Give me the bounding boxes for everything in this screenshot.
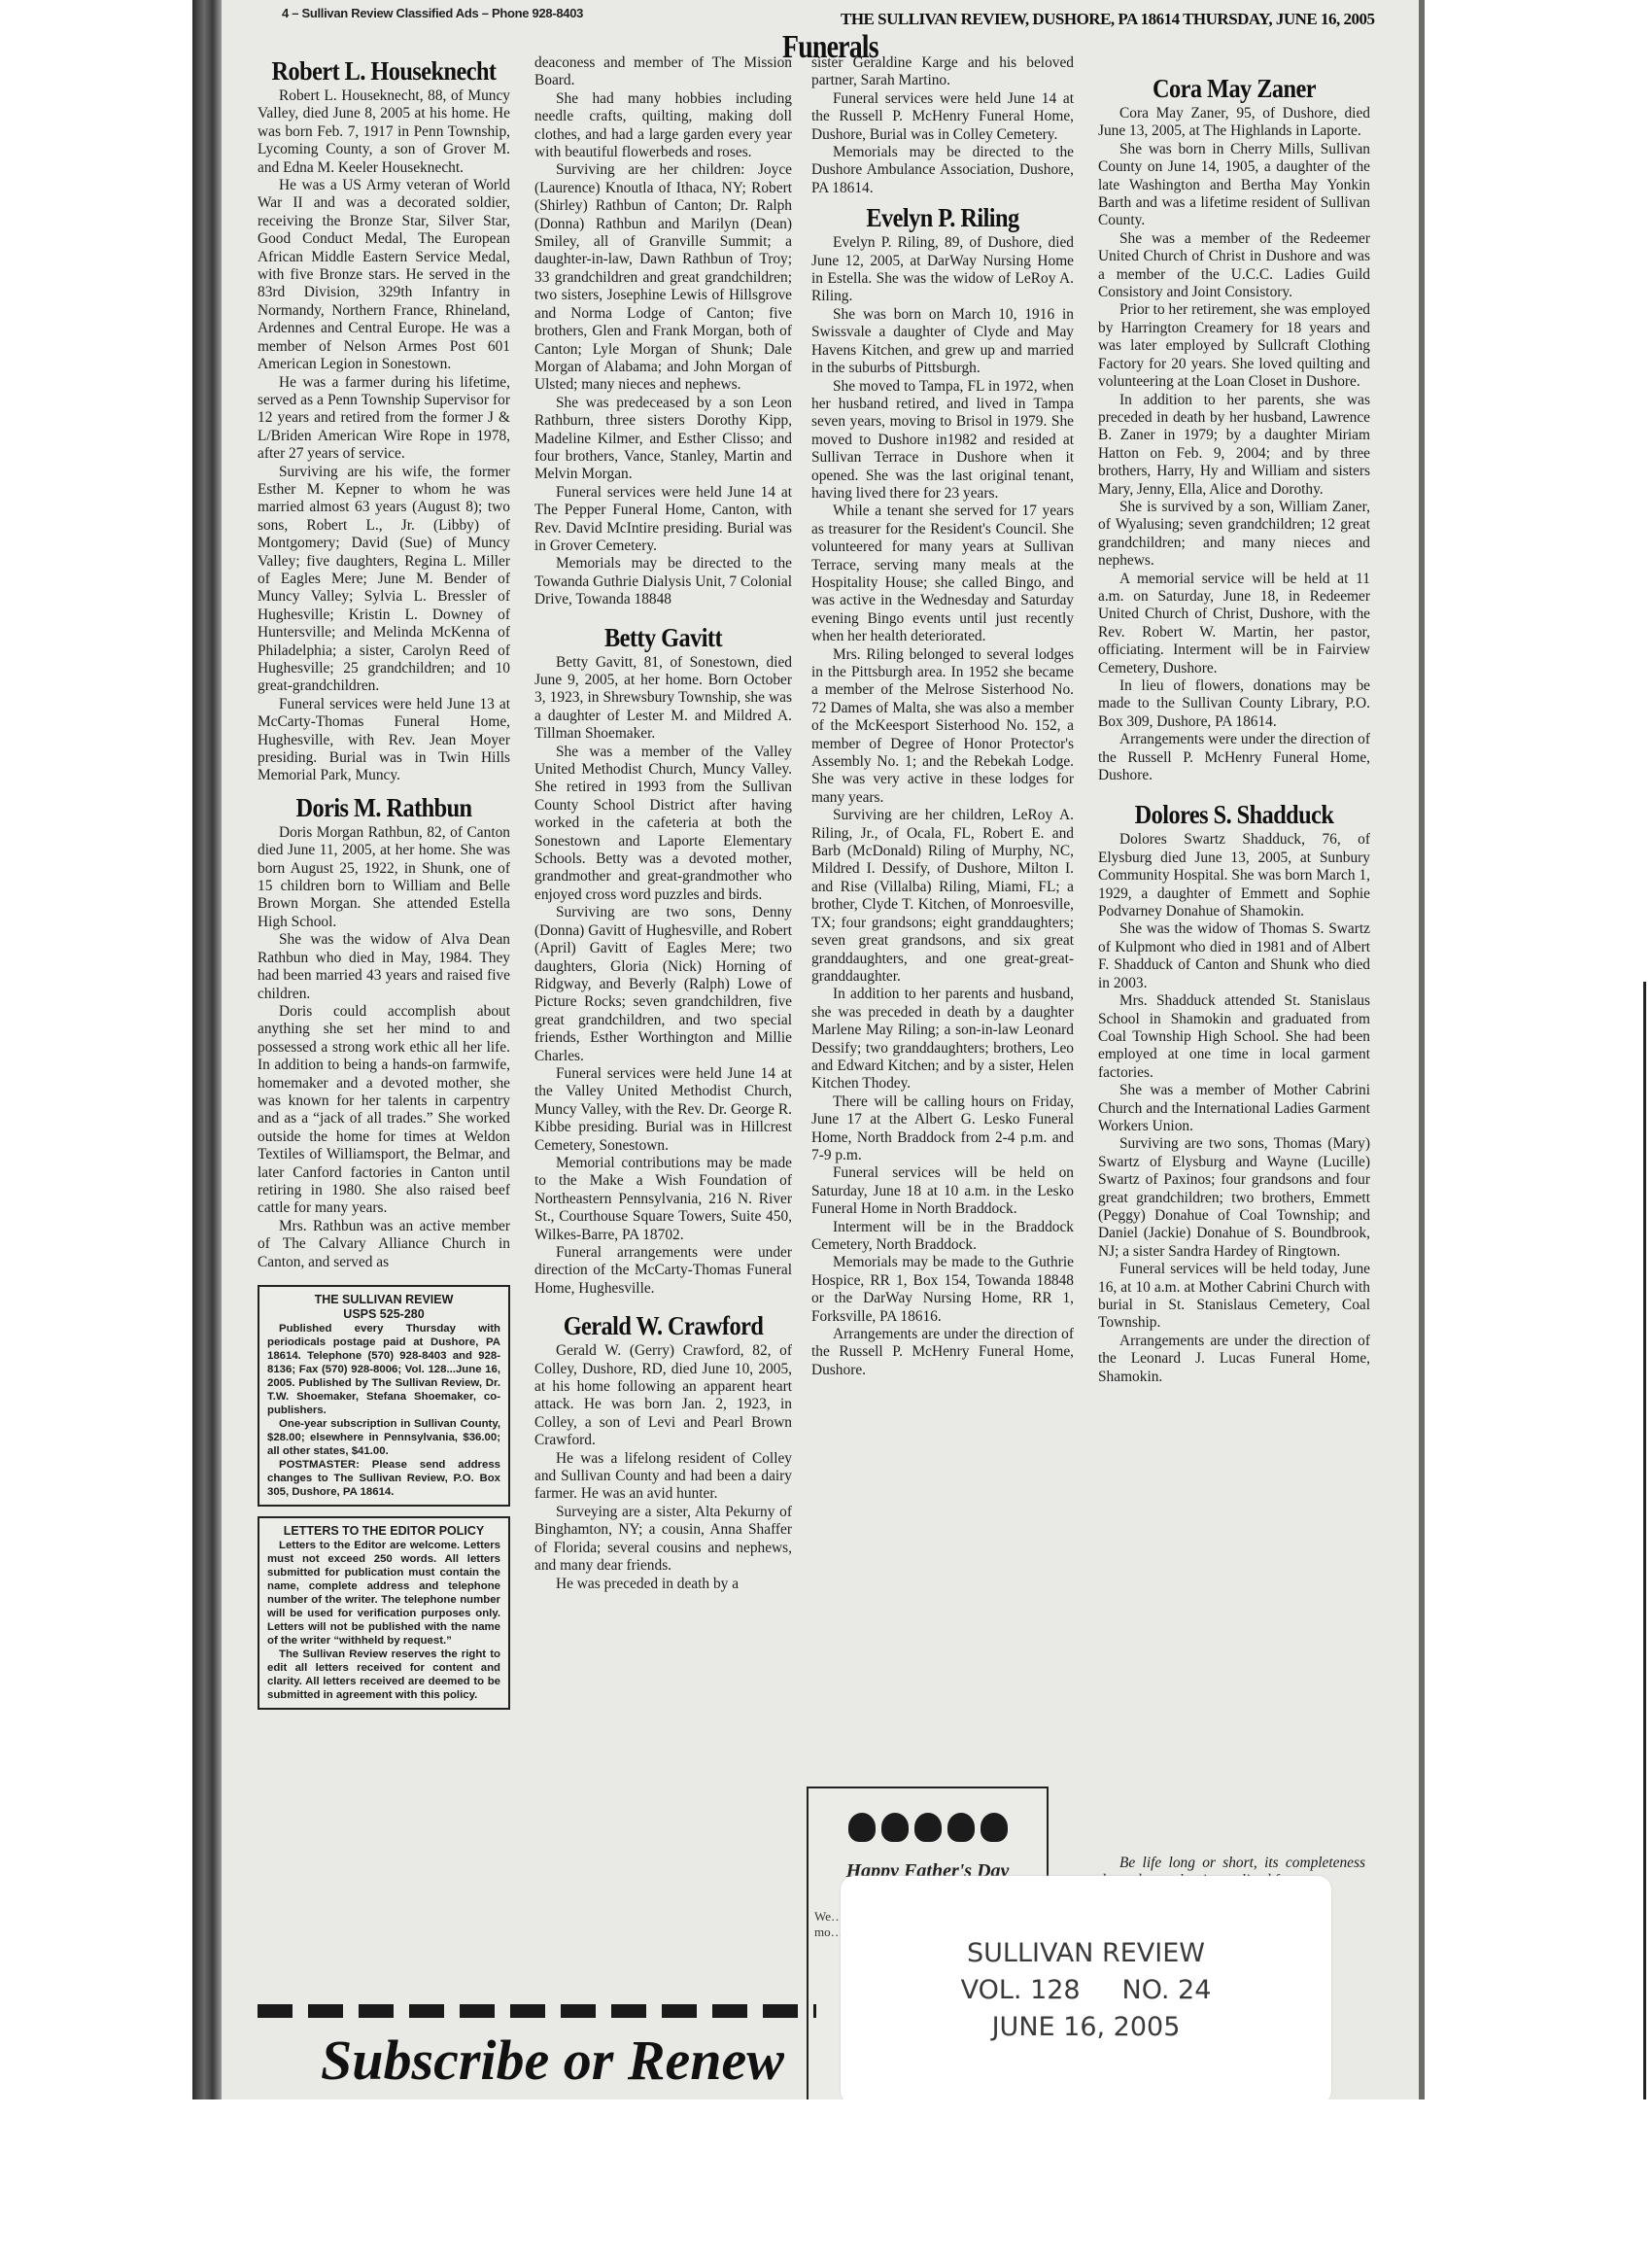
obituary-paragraph: She was the widow of Alva Dean Rathbun w… <box>258 931 510 1003</box>
obituary-paragraph: Cora May Zaner, 95, of Dushore, died Jun… <box>1098 105 1370 141</box>
obituary-paragraph: Mrs. Shadduck attended St. Stanislaus Sc… <box>1098 992 1370 1082</box>
obituary-paragraph: Mrs. Riling belonged to several lodges i… <box>811 646 1074 808</box>
obituary-heading: Evelyn P. Riling <box>825 203 1061 232</box>
letters-policy-paragraph: Letters to the Editor are welcome. Lette… <box>267 1539 500 1648</box>
obituary-paragraph: He was a US Army veteran of World War II… <box>258 177 510 373</box>
obituary-paragraph: She moved to Tampa, FL in 1972, when her… <box>811 378 1074 503</box>
obituary-paragraph: Prior to her retirement, she was employe… <box>1098 301 1370 391</box>
subscribe-banner: Subscribe or Renew <box>321 2031 784 2099</box>
obituary-paragraph: Surveying are a sister, Alta Pekurny of … <box>534 1504 792 1576</box>
obituary-paragraph: Surviving are his wife, the former Esthe… <box>258 464 510 696</box>
obituary-heading: Cora May Zaner <box>1112 74 1357 103</box>
obituary-paragraph: She was a member of Mother Cabrini Churc… <box>1098 1082 1370 1135</box>
folio-right: THE SULLIVAN REVIEW, DUSHORE, PA 18614 T… <box>841 10 1375 29</box>
obituary-paragraph: Surviving are two sons, Thomas (Mary) Sw… <box>1098 1135 1370 1261</box>
label-date: JUNE 16, 2005 <box>992 2009 1181 2046</box>
archive-label-card: SULLIVAN REVIEW VOL. 128 NO. 24 JUNE 16,… <box>841 1876 1331 2104</box>
obituary-paragraph: Memorials may be directed to the Dushore… <box>811 144 1074 197</box>
obituary-paragraph: Surviving are two sons, Denny (Donna) Ga… <box>534 904 792 1065</box>
obituary-paragraph: He was a lifelong resident of Colley and… <box>534 1450 792 1504</box>
column-1: Robert L. Houseknecht Robert L. Housekne… <box>258 54 510 1710</box>
obituary-paragraph: Doris could accomplish about anything sh… <box>258 1003 510 1218</box>
obituary-paragraph: In addition to her parents, she was prec… <box>1098 392 1370 499</box>
masthead-box: THE SULLIVAN REVIEW USPS 525-280 Publish… <box>258 1285 510 1507</box>
label-volume-number: VOL. 128 NO. 24 <box>961 1972 1212 2009</box>
obituary-paragraph: Betty Gavitt, 81, of Sonestown, died Jun… <box>534 654 792 744</box>
obituary-paragraph-continued: sister Geraldine Karge and his beloved p… <box>811 54 1074 90</box>
obituary-paragraph: Doris Morgan Rathbun, 82, of Canton died… <box>258 824 510 931</box>
obituary-paragraph: Funeral services were held June 14 at th… <box>811 90 1074 144</box>
obituary-paragraph: A memorial service will be held at 11 a.… <box>1098 571 1370 677</box>
obituary-paragraph: Gerald W. (Gerry) Crawford, 82, of Colle… <box>534 1342 792 1449</box>
obituary-paragraph: Funeral services were held June 14 at th… <box>534 1065 792 1155</box>
adjacent-page-rule <box>1419 0 1425 2099</box>
masthead-paragraph: One-year subscription in Sullivan County… <box>267 1417 500 1458</box>
obituary-heading: Betty Gavitt <box>547 623 779 652</box>
column-3: sister Geraldine Karge and his beloved p… <box>811 54 1074 1379</box>
obituary-paragraph-continued: deaconess and member of The Mission Boar… <box>534 54 792 90</box>
obituary-paragraph: Arrangements were under the direction of… <box>1098 731 1370 784</box>
obituary-paragraph: He was preceded in death by a <box>534 1576 792 1593</box>
obituary-paragraph: Robert L. Houseknecht, 88, of Muncy Vall… <box>258 87 510 177</box>
obituary-paragraph: She is survived by a son, William Zaner,… <box>1098 499 1370 571</box>
newspaper-page: 4 – Sullivan Review Classified Ads – Pho… <box>228 0 1419 2099</box>
masthead-title: THE SULLIVAN REVIEW <box>267 1293 500 1307</box>
obituary-heading: Dolores S. Shadduck <box>1112 800 1357 829</box>
obituary-paragraph: She had many hobbies including needle cr… <box>534 90 792 162</box>
obituary-paragraph: Funeral services were held June 14 at Th… <box>534 484 792 556</box>
obituary-heading: Doris M. Rathbun <box>270 793 498 822</box>
obituary-paragraph: Memorials may be made to the Guthrie Hos… <box>811 1254 1074 1326</box>
obituary-paragraph: She was the widow of Thomas S. Swartz of… <box>1098 920 1370 992</box>
obituary-paragraph: He was a farmer during his lifetime, ser… <box>258 374 510 464</box>
obituary-paragraph: Dolores Swartz Shadduck, 76, of Elysburg… <box>1098 831 1370 920</box>
page-margin <box>0 2099 1652 2255</box>
obituary-paragraph: Arrangements are under the direction of … <box>1098 1333 1370 1386</box>
obituary-paragraph: Memorials may be directed to the Towanda… <box>534 555 792 608</box>
obituary-paragraph: Funeral services will be held on Saturda… <box>811 1164 1074 1218</box>
obituary-paragraph: Surviving are her children, LeRoy A. Ril… <box>811 807 1074 986</box>
obituary-paragraph: She was born on March 10, 1916 in Swissv… <box>811 306 1074 378</box>
column-4: Cora May Zaner Cora May Zaner, 95, of Du… <box>1098 54 1370 1386</box>
scan-binding-edge <box>192 0 222 2099</box>
letters-policy-box: LETTERS TO THE EDITOR POLICY Letters to … <box>258 1516 510 1710</box>
obituary-paragraph: Mrs. Rathbun was an active member of The… <box>258 1218 510 1271</box>
obituary-paragraph: Surviving are her children: Joyce (Laure… <box>534 161 792 394</box>
obituary-paragraph: Memorial contributions may be made to th… <box>534 1155 792 1244</box>
adjacent-page-rule <box>1643 982 1646 2099</box>
letters-policy-title: LETTERS TO THE EDITOR POLICY <box>267 1524 500 1539</box>
column-2: deaconess and member of The Mission Boar… <box>534 54 792 1593</box>
obituary-paragraph: She was predeceased by a son Leon Rathbu… <box>534 395 792 484</box>
obituary-paragraph: Interment will be in the Braddock Cemete… <box>811 1219 1074 1255</box>
obituary-paragraph: Funeral services will be held today, Jun… <box>1098 1261 1370 1333</box>
obituary-paragraph: Funeral services were held June 13 at Mc… <box>258 696 510 785</box>
letters-policy-paragraph: The Sullivan Review reserves the right t… <box>267 1648 500 1702</box>
folio-left: 4 – Sullivan Review Classified Ads – Pho… <box>282 6 583 20</box>
grape-vine-ornament-icon <box>809 1788 1047 1860</box>
obituary-paragraph: She was a member of the Valley United Me… <box>534 744 792 905</box>
adjacent-page-edge-text <box>1616 0 1647 2099</box>
obituary-paragraph: Evelyn P. Riling, 89, of Dushore, died J… <box>811 234 1074 306</box>
obituary-heading: Gerald W. Crawford <box>547 1311 779 1340</box>
obituary-paragraph: There will be calling hours on Friday, J… <box>811 1093 1074 1165</box>
label-publication: SULLIVAN REVIEW <box>967 1935 1205 1972</box>
masthead-usps: USPS 525-280 <box>267 1307 500 1322</box>
obituary-paragraph: In addition to her parents and husband, … <box>811 986 1074 1093</box>
coupon-dashed-border <box>258 2004 816 2018</box>
obituary-paragraph: Arrangements are under the direction of … <box>811 1326 1074 1379</box>
obituary-heading: Robert L. Houseknecht <box>270 56 498 86</box>
obituary-paragraph: She was a member of the Redeemer United … <box>1098 230 1370 302</box>
obituary-paragraph: She was born in Cherry Mills, Sullivan C… <box>1098 141 1370 230</box>
masthead-paragraph: POSTMASTER: Please send address changes … <box>267 1458 500 1499</box>
obituary-paragraph: In lieu of flowers, donations may be mad… <box>1098 677 1370 731</box>
obituary-paragraph: While a tenant she served for 17 years a… <box>811 503 1074 645</box>
masthead-paragraph: Published every Thursday with periodical… <box>267 1322 500 1417</box>
obituary-paragraph: Funeral arrangements were under directio… <box>534 1244 792 1298</box>
